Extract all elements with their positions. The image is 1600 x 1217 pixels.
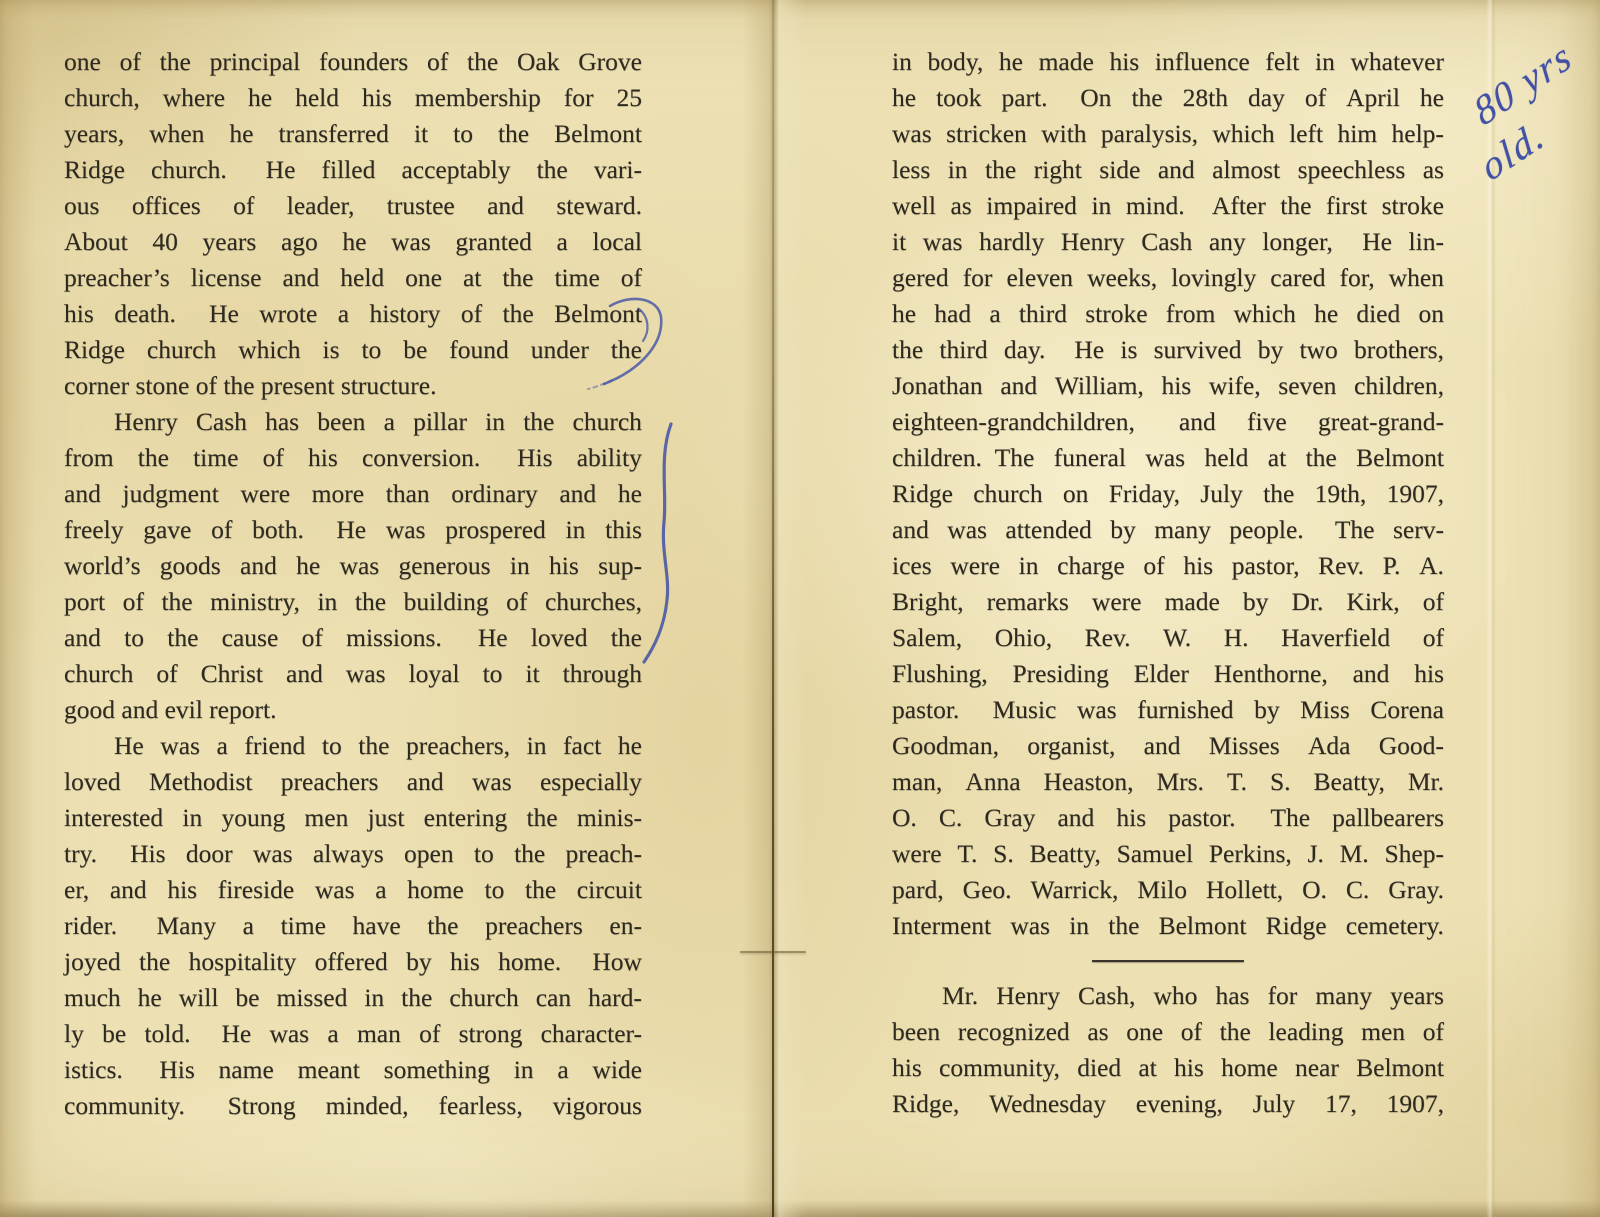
text-line: geredforelevenweeks,lovinglycaredfor,whe…	[892, 260, 1444, 296]
text-line: Salem,Ohio,Rev.W.H.Haverfieldof	[892, 620, 1444, 656]
text-line: muchhewillbemissedinthechurchcanhard-	[64, 980, 642, 1016]
text-line: er,andhisfiresidewasahometothecircuit	[64, 872, 642, 908]
text-line: oneoftheprincipalfoundersoftheOakGrove	[64, 44, 642, 80]
text-line: good and evil report.	[64, 692, 642, 728]
divider-rule	[1092, 960, 1244, 962]
text-line: hiscommunity,diedathishomenearBelmont	[892, 1050, 1444, 1086]
text-line: interestedinyoungmenjustenteringtheminis…	[64, 800, 642, 836]
text-line: Flushing,PresidingElderHenthorne,andhis	[892, 656, 1444, 692]
text-line: JonathanandWilliam,hiswife,sevenchildren…	[892, 368, 1444, 404]
text-line: RidgechurchonFriday,Julythe19th,1907,	[892, 476, 1444, 512]
text-line: fromthetimeofhisconversion. Hisability	[64, 440, 642, 476]
text-line: iceswereinchargeofhispastor,Rev.P.A.	[892, 548, 1444, 584]
text-line: lovedMethodistpreachersandwasespecially	[64, 764, 642, 800]
right-column-part2: Mr.HenryCash,whohasformanyyearsbeenrecog…	[892, 978, 1444, 1122]
text-line: man,AnnaHeaston,Mrs.T.S.Beatty,Mr.	[892, 764, 1444, 800]
text-line: rider. Manyatimehavethepreachersen-	[64, 908, 642, 944]
text-line: hetookpart. Onthe28thdayofAprilhe	[892, 80, 1444, 116]
text-line: lybetold. Hewasamanofstrongcharacter-	[64, 1016, 642, 1052]
text-line: freelygaveofboth. Hewasprosperedinthis	[64, 512, 642, 548]
text-line: andwasattendedbymanypeople. Theserv-	[892, 512, 1444, 548]
pen-line-mark	[644, 424, 671, 662]
text-line: ousofficesofleader,trusteeandsteward.	[64, 188, 642, 224]
text-line: pastor. MusicwasfurnishedbyMissCorena	[892, 692, 1444, 728]
text-line: andjudgmentweremorethanordinaryandhe	[64, 476, 642, 512]
text-line: wereT.S.Beatty,SamuelPerkins,J.M.Shep-	[892, 836, 1444, 872]
text-line: wellasimpairedinmind. Afterthefirststrok…	[892, 188, 1444, 224]
text-line: About40yearsagohewasgrantedalocal	[64, 224, 642, 260]
right-text-column: inbody,hemadehisinfluencefeltinwhateverh…	[892, 44, 1444, 1122]
text-line: pard,Geo.Warrick,MiloHollett,O.C.Gray.	[892, 872, 1444, 908]
text-line: try. Hisdoorwasalwaysopentothepreach-	[64, 836, 642, 872]
horizontal-crease	[740, 951, 806, 953]
text-line: hisdeath. HewroteahistoryoftheBelmont	[64, 296, 642, 332]
text-line: thethirdday. Heissurvivedbytwobrothers,	[892, 332, 1444, 368]
text-line: Ridge,Wednesdayevening,July17,1907,	[892, 1086, 1444, 1122]
text-line: joyedthehospitalityofferedbyhishome. How	[64, 944, 642, 980]
text-line: hehadathirdstrokefromwhichhediedon	[892, 296, 1444, 332]
text-line: wasstrickenwithparalysis,whichlefthimhel…	[892, 116, 1444, 152]
text-line: beenrecognizedasoneoftheleadingmenof	[892, 1014, 1444, 1050]
text-line: Hewasafriendtothepreachers,infacthe	[64, 728, 642, 764]
text-line: andtothecauseofmissions. Helovedthe	[64, 620, 642, 656]
section-divider	[892, 944, 1444, 978]
left-text-column: oneoftheprincipalfoundersoftheOakGrovech…	[64, 44, 642, 1124]
text-line: Ridgechurch. Hefilledacceptablythevari-	[64, 152, 642, 188]
text-line: community. Strongminded,fearless,vigorou…	[64, 1088, 642, 1124]
text-line: lessintherightsideandalmostspeechlessas	[892, 152, 1444, 188]
text-line: churchofChristandwasloyaltoitthrough	[64, 656, 642, 692]
text-line: years,whenhetransferredittotheBelmont	[64, 116, 642, 152]
scanned-page: oneoftheprincipalfoundersoftheOakGrovech…	[0, 0, 1600, 1217]
text-line: children. ThefuneralwasheldattheBelmont	[892, 440, 1444, 476]
text-line: world’sgoodsandhewasgenerousinhissup-	[64, 548, 642, 584]
text-line: eighteen-grandchildren, andfivegreat-gra…	[892, 404, 1444, 440]
text-line: Bright,remarksweremadebyDr.Kirk,of	[892, 584, 1444, 620]
text-line: preacher’slicenseandheldoneatthetimeof	[64, 260, 642, 296]
center-fold-crease	[772, 0, 774, 1217]
text-line: inbody,hemadehisinfluencefeltinwhatever	[892, 44, 1444, 80]
text-line: Goodman,organist,andMissesAdaGood-	[892, 728, 1444, 764]
right-column-part1: inbody,hemadehisinfluencefeltinwhateverh…	[892, 44, 1444, 944]
center-fold-shading	[742, 0, 806, 1217]
text-line: church,whereheheldhismembershipfor25	[64, 80, 642, 116]
text-line: HenryCashhasbeenapillarinthechurch	[64, 404, 642, 440]
text-line: O.C.Grayandhispastor. Thepallbearers	[892, 800, 1444, 836]
text-line: portoftheministry,inthebuildingofchurche…	[64, 584, 642, 620]
text-line: corner stone of the present structure.	[64, 368, 642, 404]
text-line: itwashardlyHenryCashanylonger, Helin-	[892, 224, 1444, 260]
text-line: istics. Hisnamemeantsomethinginawide	[64, 1052, 642, 1088]
handwritten-age-note: 80 yrs old.	[1466, 30, 1600, 183]
text-line: IntermentwasintheBelmontRidgecemetery.	[892, 908, 1444, 944]
text-line: Ridgechurchwhichistobefoundunderthe	[64, 332, 642, 368]
text-line: Mr.HenryCash,whohasformanyyears	[892, 978, 1444, 1014]
